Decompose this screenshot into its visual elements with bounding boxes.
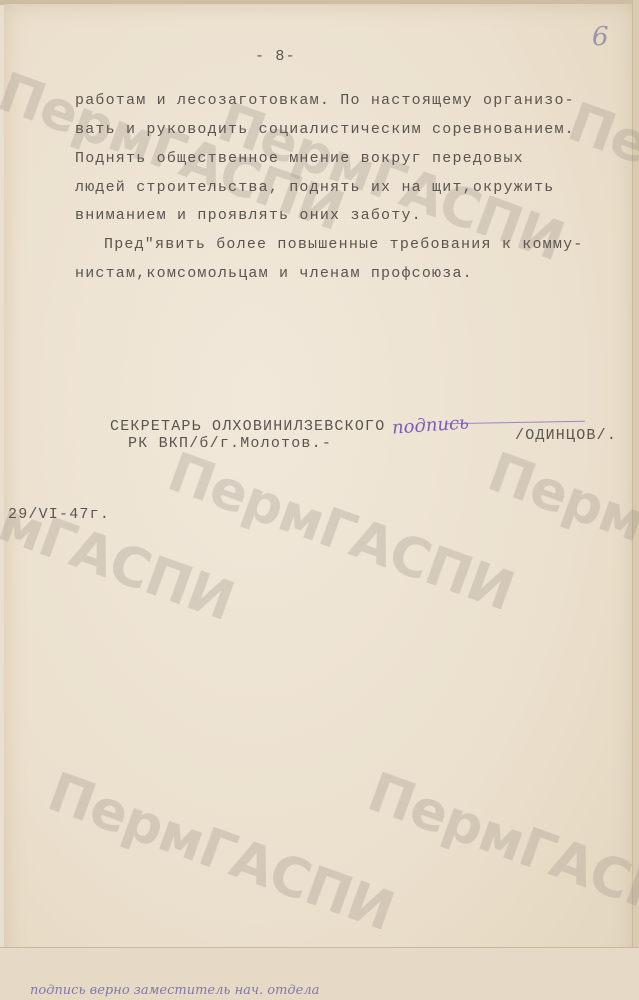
body-line: работам и лесозаготовкам. По настоящему …	[75, 92, 575, 109]
body-line: Поднять общественное мнение вокруг перед…	[75, 150, 524, 167]
signatory-title-line1: СЕКРЕТАРЬ ОЛХОВИНИЛЗЕВСКОГО	[110, 418, 385, 435]
body-line: Пред"явить более повышенные требования к…	[104, 236, 583, 253]
body-line: нистам,комсомольцам и членам профсоюза.	[75, 265, 473, 282]
signatory-title-line2: РК ВКП/б/г.Молотов.-	[128, 435, 332, 452]
next-page-edge: подпись верно заместитель нач. отдела	[0, 947, 639, 1000]
page-edge-right	[632, 0, 639, 1000]
body-line: вниманием и проявлять оних заботу.	[75, 207, 422, 224]
body-line: людей строительства, поднять их на щит,о…	[75, 179, 554, 196]
page-marker: - 8-	[255, 48, 296, 65]
bottom-handwriting: подпись верно заместитель нач. отдела	[30, 983, 630, 998]
body-line: вать и руководить социалистическим сорев…	[75, 121, 575, 138]
document-date: 29/VI-47г.	[8, 506, 110, 523]
folio-number: 6	[592, 22, 609, 52]
signatory-name: /ОДИНЦОВ/.	[515, 427, 617, 444]
